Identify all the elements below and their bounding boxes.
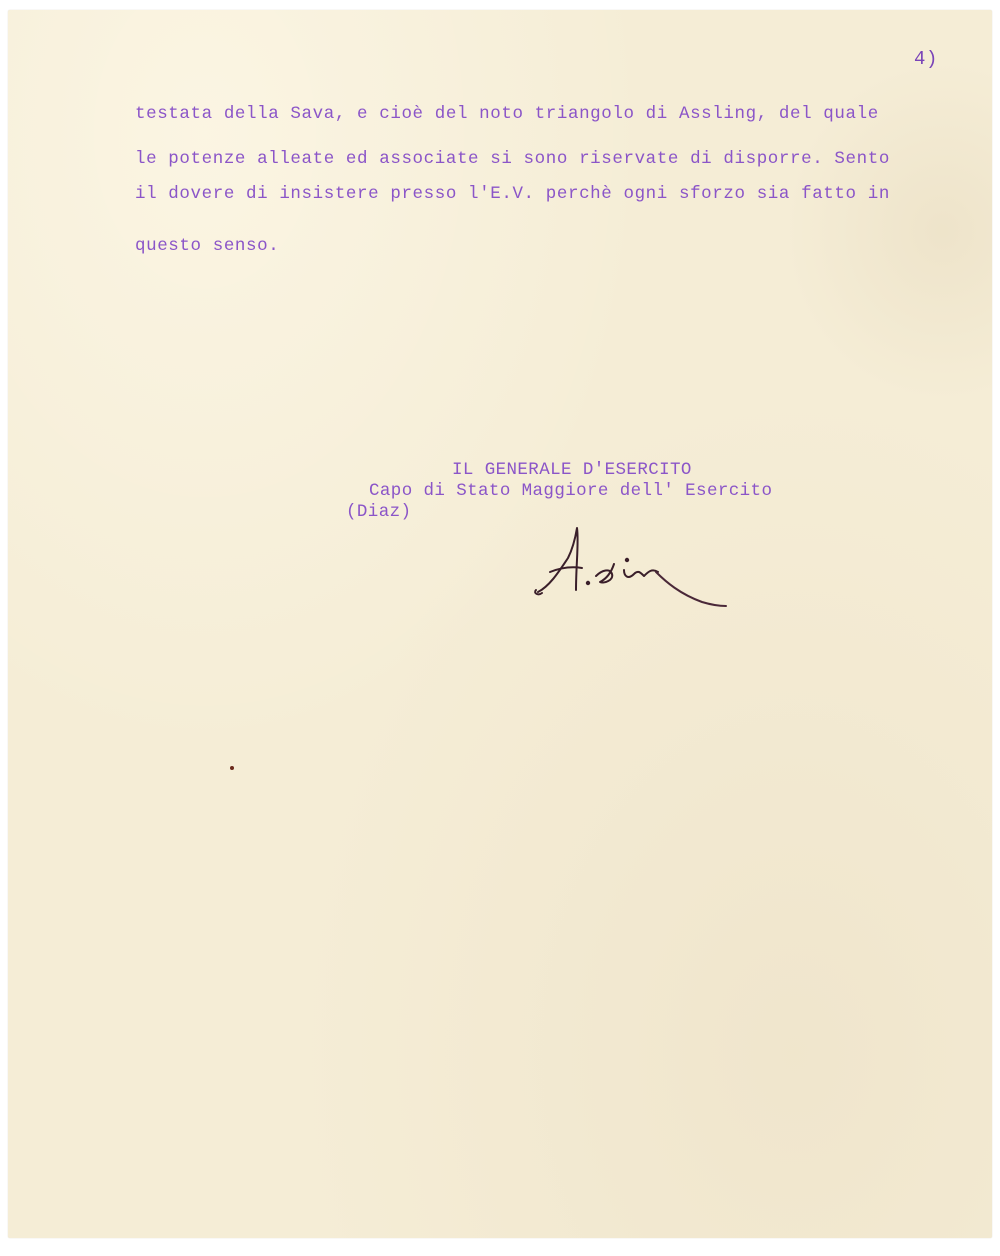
handwritten-signature (530, 520, 730, 620)
signature-name: (Diaz) (346, 502, 411, 522)
ink-spot (230, 766, 234, 770)
body-line: le potenze alleate ed associate si sono … (135, 149, 890, 169)
body-line: questo senso. (135, 236, 279, 256)
page-number: 4) (914, 48, 938, 70)
body-line: il dovere di insistere presso l'E.V. per… (135, 184, 890, 204)
signature-title: IL GENERALE D'ESERCITO (452, 460, 692, 480)
signature-subtitle: Capo di Stato Maggiore dell' Esercito (369, 481, 772, 501)
body-line: testata della Sava, e cioè del noto tria… (135, 104, 879, 124)
